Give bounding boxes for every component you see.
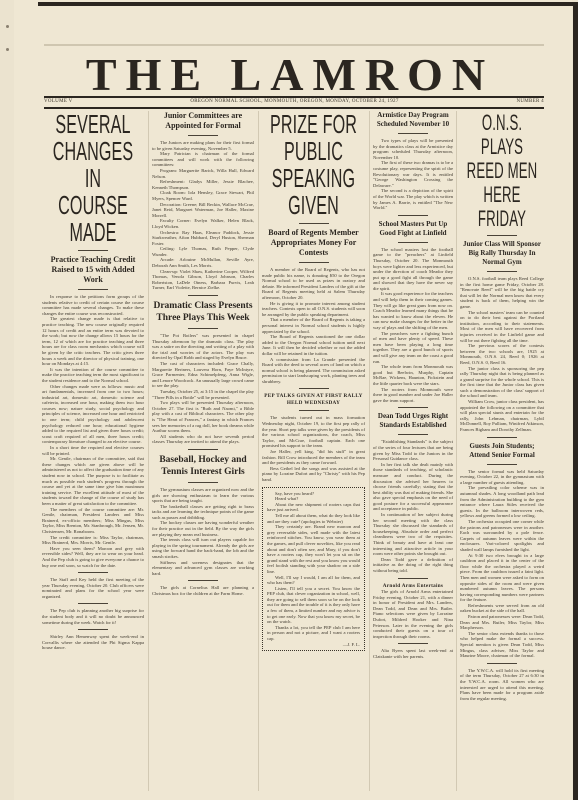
headline-dean-todd: Dean Todd Urges Right Standards Establis… <box>373 412 453 430</box>
paragraph: Program: Marguerite Barick, Willa Hull, … <box>152 168 254 179</box>
paragraph: Thanks a lot, you tell the PEP club I am… <box>267 625 360 642</box>
brief-ywca: The Y.W.C.A. will hold its first meeting… <box>460 668 544 702</box>
divider <box>398 643 428 644</box>
rooters-cap-box: Say, have you heard?Heard what?About the… <box>262 487 365 652</box>
divider <box>188 295 218 296</box>
paragraph: Two types of plays will be presented by … <box>373 138 453 160</box>
divider <box>78 629 108 630</box>
paragraph: They certainly are. Brand new maroon and… <box>267 524 360 574</box>
scan-border-right <box>573 2 578 800</box>
divider <box>78 289 108 290</box>
paragraph: Shirley Ann Hemenway spent the week-end … <box>42 634 144 651</box>
column-divider <box>148 111 149 791</box>
paragraph: O.N.S. football team plays Reed College … <box>460 276 544 310</box>
paragraph: Arcade: Arlouine McMullan, Seville Ayre,… <box>152 257 254 268</box>
paragraph: Cloak Room: Iola Hensley, Grace Stewart,… <box>152 190 254 201</box>
paragraph: Orchestra: Ray Haas, Eleanor Paddock, Je… <box>152 230 254 247</box>
paragraph: It was the intention of the course commi… <box>42 367 144 384</box>
headline-pep-talks: PEP TALKS GIVEN AT FIRST RALLY HELD WEDN… <box>262 393 365 406</box>
headline-senior-formal: Guests Join Students; Attend Senior Form… <box>460 442 544 460</box>
paragraph: Decoration: Greene; Bill Beckin, Wallace… <box>152 202 254 219</box>
paragraph: Other changes made were as follows: musi… <box>42 384 144 446</box>
paragraph: The second is a depiction of the spirit … <box>373 188 453 210</box>
column-2: Junior Committees are Appointed for Form… <box>152 111 254 597</box>
divider <box>398 133 428 134</box>
divider <box>487 271 517 272</box>
headline-ons-plays-reed: O.N.S. PLAYS REED MEN HERE FRIDAY <box>461 111 543 231</box>
divider <box>398 215 428 216</box>
box-signature: —J. F. L. <box>267 642 360 648</box>
column-divider <box>369 111 370 791</box>
headline-armistice-day: Armistice Day Program Scheduled November… <box>373 111 453 129</box>
divider <box>398 578 428 579</box>
paragraph: In continuation of her subject during he… <box>373 512 453 557</box>
paragraph: The rooters from Monmouth were there in … <box>373 387 453 404</box>
divider <box>299 388 329 389</box>
article-body: "The Pot Boilers" was presented in chape… <box>152 333 254 445</box>
paragraph: About the new shipment of rooters caps t… <box>267 502 360 513</box>
paragraph: Have you seen them? Maroon and grey with… <box>42 546 144 568</box>
divider <box>487 235 517 236</box>
paragraph: William Crow, junior class president, ha… <box>460 399 544 433</box>
paragraph: The greatest change made is that relativ… <box>42 316 144 366</box>
subhead-practice-teaching: Practice Teaching Credit Raised to 15 wi… <box>42 255 144 285</box>
divider <box>487 464 517 465</box>
masthead-rule-top <box>44 96 544 98</box>
headline-baseball-hockey: Baseball, Hockey and Tennis Interest Gir… <box>152 454 254 478</box>
paragraph: "Establishing Standards" is the subject … <box>373 439 453 461</box>
paragraph: The previous scores of the contests betw… <box>460 343 544 365</box>
article-body: The girls of Arnold Arms entertained Fri… <box>373 589 453 639</box>
paragraph: The hockey classes are having wonderful … <box>152 520 254 537</box>
paragraph: The Staff and Key held the first meeting… <box>42 577 144 599</box>
binding-hole <box>6 25 9 28</box>
headline-school-masters: School Masters Put Up Good Fight at Linf… <box>373 220 453 238</box>
divider <box>78 603 108 604</box>
divider <box>188 482 218 483</box>
dateline-text: OREGON NORMAL SCHOOL, MONMOUTH, OREGON, … <box>190 99 398 104</box>
paragraph: The students turned out in mass formatio… <box>262 415 365 449</box>
volume-label: VOLUME V <box>44 99 73 104</box>
paragraph: Ceiling: Lyle Thomas, Ruth Pepper, Clyde… <box>152 246 254 257</box>
divider <box>299 262 329 263</box>
box-body: Say, have you heard?Heard what?About the… <box>267 491 360 642</box>
paragraph: The tennis class will turn out players c… <box>152 537 254 559</box>
paragraph: The school masters lost the football gam… <box>373 247 453 292</box>
divider <box>188 449 218 450</box>
paragraph: That a member of the Board of Regents is… <box>262 317 365 334</box>
paragraph: Well, I'll say I would, I am all for the… <box>267 575 360 586</box>
divider <box>188 328 218 329</box>
headline-dramatic-class: Dramatic Class Presents Three Plays This… <box>152 300 254 324</box>
paragraph: The orchestra occupied one corner while … <box>460 519 544 553</box>
paragraph: In response to the petitions form groups… <box>42 294 144 316</box>
paragraph: The gymnasium classes are organized now … <box>152 487 254 504</box>
divider <box>487 437 517 438</box>
paragraph: Two plays will be presented Thursday aft… <box>152 400 254 434</box>
subhead-board-of-regents: Board of Regents Member Appropriates Mon… <box>262 228 365 258</box>
paragraph: Refreshments were served from an old oak… <box>460 603 544 614</box>
article-body: The senior formal was held Saturday even… <box>460 469 544 659</box>
paragraph: Tell me all about them, what do they loo… <box>267 513 360 524</box>
paragraph: A commission from La Grande presented th… <box>262 357 365 385</box>
paragraph: Faculty Corner: Evelyn Walker, Helen Bla… <box>152 218 254 229</box>
paragraph: The credit committee is: Miss Taylor, ch… <box>42 535 144 546</box>
headline-junior-committees: Junior Committees are Appointed for Form… <box>152 111 254 131</box>
issue-number: NUMBER 4 <box>516 99 544 104</box>
masthead-faint-rule <box>44 44 544 46</box>
paragraph: The senior formal was held Saturday even… <box>460 469 544 486</box>
column-3: PRIZE FOR PUBLIC SPEAKING GIVEN Board of… <box>262 111 365 655</box>
article-body: The gymnasium classes are organized now … <box>152 487 254 577</box>
paragraph: The cast of characters included: Grace C… <box>152 361 254 389</box>
divider <box>398 242 428 243</box>
paragraph: In a short time the required and electiv… <box>42 445 144 456</box>
headline-prize-public-speaking: PRIZE FOR PUBLIC SPEAKING GIVEN <box>269 111 358 219</box>
divider <box>188 135 218 136</box>
paragraph: The preachers were a fighting bunch of m… <box>373 331 453 365</box>
paragraph: Tuesday, October 25, at 3:15 in the chap… <box>152 389 254 400</box>
paragraph: The basketball classes are getting right… <box>152 504 254 521</box>
paragraph: Mr. Gentle, chairman of the committee, s… <box>42 456 144 506</box>
paragraph: A member of the Board of Regents, who ha… <box>262 267 365 301</box>
paragraph: Patron and patronesses were: Dean Todd, … <box>460 614 544 631</box>
paragraph: Dean Todd gave a definition of initiativ… <box>373 557 453 574</box>
divider <box>188 580 218 581</box>
paragraph: The members of the course committee are:… <box>42 507 144 535</box>
binding-hole <box>6 48 9 51</box>
scan-border-top <box>38 2 578 6</box>
article-body: The Juniors are making plans for their f… <box>152 140 254 291</box>
paragraph: The girls of Arnold Arms entertained Fri… <box>373 589 453 639</box>
paragraph: The Pep club is planning another big sur… <box>42 608 144 625</box>
divider <box>78 250 108 251</box>
paragraph: All students who do not have seventh per… <box>152 434 254 445</box>
brief-items: Have you seen them? Maroon and grey with… <box>42 546 144 651</box>
paragraph: Refreshment: Gladys Miller, Jessie Blach… <box>152 179 254 190</box>
paragraph: It was good experience for the teachers … <box>373 291 453 330</box>
paragraph: Joe Haller, yell king, "did his stuff" i… <box>262 449 365 466</box>
column-5: O.N.S. PLAYS REED MEN HERE FRIDAY Junior… <box>460 111 544 701</box>
article-body: Two types of plays will be presented by … <box>373 138 453 211</box>
brief-cornelius-hall: The girls at Cornelius Hall are planning… <box>152 585 254 596</box>
column-1: SEVERAL CHANGES IN COURSE MADE Practice … <box>42 111 144 651</box>
article-body: O.N.S. football team plays Reed College … <box>460 276 544 433</box>
paragraph: Listen, I'll tell you a secret. You know… <box>267 586 360 625</box>
divider <box>398 407 428 408</box>
dateline-bar: VOLUME V OREGON NORMAL SCHOOL, MONMOUTH,… <box>44 99 544 104</box>
paragraph: The whole team from Monmouth was good bu… <box>373 364 453 386</box>
paragraph: Bess Geibel led the songs and was assist… <box>262 466 365 483</box>
newspaper-title: THE LAMRON <box>40 50 540 100</box>
column-4: Armistice Day Program Scheduled November… <box>373 111 453 660</box>
paragraph: Clean-up: Violet Shaw, Katherine Cooper,… <box>152 269 254 291</box>
paragraph: The junior class is sponsoring the pep r… <box>460 366 544 400</box>
paragraph: He is giving it to promote interest amon… <box>262 301 365 318</box>
article-body: The students turned out in mass formatio… <box>262 415 365 482</box>
paragraph: The school masters' team can be counted … <box>460 310 544 344</box>
paragraph: The senior class extends thanks to those… <box>460 631 544 659</box>
article-body: The school masters lost the football gam… <box>373 247 453 404</box>
paragraph: The Board of Regents sanctioned the one … <box>262 334 365 356</box>
paragraph: The Juniors are making plans for their f… <box>152 140 254 151</box>
article-body: In response to the petitions form groups… <box>42 294 144 546</box>
paragraph: At 9:30 two elves brought in a large cau… <box>460 553 544 603</box>
paragraph: "The Pot Boilers" was presented in chape… <box>152 333 254 361</box>
paragraph: In her first talk she dealt mainly with … <box>373 462 453 512</box>
divider <box>398 434 428 435</box>
divider <box>78 572 108 573</box>
column-divider <box>456 111 457 791</box>
divider <box>299 410 329 411</box>
paragraph: The first of these two dramas is to be a… <box>373 160 453 188</box>
subhead-junior-rally: Junior Class Will Sponsor Big Rally Thur… <box>460 240 544 267</box>
paragraph: The prevailing color scheme was in autum… <box>460 485 544 519</box>
headline-several-changes: SEVERAL CHANGES IN COURSE MADE <box>49 111 137 246</box>
brief-alta-byers: Alta Byers spent last week-end at Clatsk… <box>373 648 453 659</box>
column-divider <box>258 111 259 791</box>
article-body: A member of the Board of Regents, who ha… <box>262 267 365 384</box>
divider <box>299 223 329 224</box>
article-body: "Establishing Standards" is the subject … <box>373 439 453 573</box>
divider <box>487 663 517 664</box>
paragraph: Stiffness and soreness designates that t… <box>152 560 254 577</box>
paragraph: Mary Patrician is chairman of the formal… <box>152 151 254 168</box>
